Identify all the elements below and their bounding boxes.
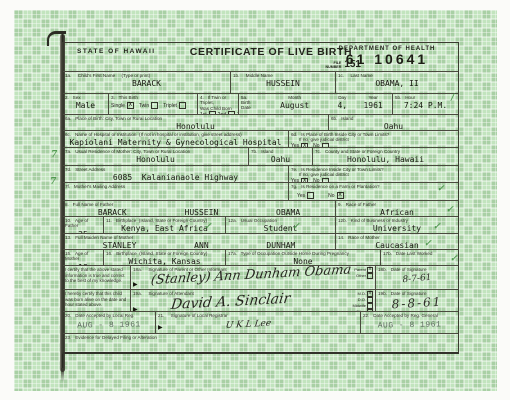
checkbox-7e-yes: YesX (291, 178, 308, 182)
row-mother-details: 15. Age of Mother 18 16. Birthplace (Isl… (63, 249, 458, 265)
father-industry-pen-mark: ✓ (433, 222, 441, 232)
date-last-worked-pen-mark: ✓ (450, 254, 458, 264)
checkbox-1st: 1st (200, 111, 216, 114)
child-middle-name-value: HUSSEIN (233, 79, 333, 88)
yes-checkbox-7e: X (301, 178, 308, 182)
checkbox-2nd: 2nd (218, 111, 235, 114)
field-mother-birthplace: 16. Birthplace (Island, State or Foreign… (103, 250, 225, 265)
registrar-signature-value: U K L Lee (225, 319, 272, 331)
field-child-middle-name: 1b. Middle Name HUSSEIN (230, 72, 335, 93)
row-delayed-filing: 23. Evidence for Delayed Filing or Alter… (63, 333, 458, 354)
field-mother-race: 14. Race of Mother Caucasian (335, 234, 458, 249)
book-spine-shadow-tail (61, 368, 64, 382)
form-header: STATE OF HAWAII CERTIFICATE OF LIVE BIRT… (63, 43, 458, 71)
triplet-checkbox (179, 102, 186, 109)
hospital-value: Kapiolani Maternity & Gynecological Hosp… (65, 138, 286, 147)
father-birthplace-pen-mark: ✓ (204, 222, 212, 232)
signature-arrow-icon: ▶ (133, 306, 138, 311)
twin-checkbox (151, 102, 158, 109)
field-mother-age: 15. Age of Mother 18 (63, 250, 103, 265)
attendant-signature-date-value: 8-8-61 (378, 294, 457, 311)
field-attendant-signature-date: 19b. Date of Signature 8-8-61 (375, 290, 458, 311)
row-street-address: 7d. Street Address 6085 Kalanianaole Hig… (63, 165, 458, 182)
father-age-value: 25 (65, 230, 101, 233)
field-mother-occupation: 17a. Type of Occupation Outside Home Dur… (225, 250, 380, 265)
field-inside-city-limits-7e: 7e. Is Residence Inside City or Town Lim… (288, 166, 458, 182)
field-mailing-address: 7f. Mother's Mailing Address (63, 183, 288, 200)
registrar-general-date-stamp: AUG - 8 1961 (363, 321, 456, 332)
birth-year: Year 1961 (356, 95, 390, 111)
island-7b-value: Oahu (251, 155, 310, 164)
field-island-7b: 7b. Island Oahu (248, 148, 312, 165)
state-of-hawaii-label: STATE OF HAWAII (77, 48, 156, 55)
row-mother-residence: 7a. Usual Residence of Mother: City, Tow… (63, 147, 458, 165)
checkbox-6d-yes: YesX (291, 143, 308, 147)
birth-month: Month August (261, 95, 329, 111)
field-date-last-worked: 17b. Date Last Worked (380, 250, 458, 265)
field-father-name: 8. Full Name of Father BARACK HUSSEIN OB… (63, 201, 335, 216)
field-father-race: 9. Race of Father African (335, 201, 458, 216)
row-child-name: 1a. Child's First Name (Type or print) B… (63, 71, 458, 93)
checkbox-7e-no: No (313, 178, 328, 182)
father-occupation-pen-mark: ✓ (292, 222, 300, 232)
checkbox-twin: Twin (139, 102, 158, 109)
mother-maiden-name-value: STANLEY ANN DUNHAM (65, 241, 333, 249)
field-hour: 5b. Hour 7:24 P.M. (392, 94, 458, 114)
field-sex: 2. Sex Male (63, 94, 108, 114)
local-registrar-date-stamp: AUG - 8 1961 (65, 321, 153, 332)
sex-value: Male (65, 101, 106, 110)
field-child-first-name: 1a. Child's First Name (Type or print) B… (63, 72, 230, 93)
yes-checkbox-6d: X (301, 143, 308, 147)
child-first-name-value: BARACK (65, 79, 228, 88)
row-mother-name: 13. Full Maiden Name of Mother STANLEY A… (63, 233, 458, 249)
street-address-value: 6085 Kalanianaole Highway (65, 173, 286, 182)
mother-birthplace-value: Wichita, Kansas (106, 257, 223, 265)
hour-pen-mark: / (451, 93, 454, 103)
yes-checkbox-7g (307, 192, 314, 199)
certificate-form: STATE OF HAWAII CERTIFICATE OF LIVE BIRT… (62, 42, 459, 354)
single-checkbox: X (127, 102, 134, 109)
field-street-address: 7d. Street Address 6085 Kalanianaole Hig… (63, 166, 288, 182)
mother-residence-value: Honolulu (65, 155, 246, 164)
checkbox-other-attendant: Other (352, 309, 373, 311)
field-island-6b: 6b. Island Oahu (328, 115, 458, 130)
checkbox-7g-yes: Yes (297, 192, 314, 199)
margin-pen-mark-7b: 7 (50, 177, 56, 187)
child-last-name-value: OBAMA, II (338, 79, 456, 88)
certify-statement-attendant: I hereby certify that this child was bor… (63, 290, 130, 311)
checkbox-single: SingleX (111, 102, 134, 109)
field-hospital: 6c. Name of Hospital or Institution (If … (63, 131, 288, 147)
checkbox-7g-no: NoX (328, 192, 343, 199)
row-father-details: 10. Age of Father 25 11. Birthplace (Isl… (63, 216, 458, 233)
birth-year-value: 1961 (356, 101, 390, 110)
mother-race-pen-mark: ✓ (424, 239, 432, 249)
checkbox-6d-no: No (313, 143, 328, 147)
other-attendant-checkbox (367, 309, 373, 311)
no-checkbox-7e (322, 178, 329, 182)
field-county-state: 7c. County and State or Foreign Country … (312, 148, 458, 165)
field-birth-date: 5a. Birth Date Month August Day 4, Year … (238, 94, 392, 114)
field-delayed-filing-evidence: 23. Evidence for Delayed Filing or Alter… (63, 334, 458, 354)
place-of-birth-value: Honolulu (65, 122, 326, 130)
row-sex-birthdate: 2. Sex Male 3. This Birth SingleX Twin T… (63, 93, 458, 114)
island-6b-value: Oahu (331, 122, 456, 130)
father-name-value: BARACK HUSSEIN OBAMA (65, 208, 333, 216)
first-checkbox (209, 111, 216, 114)
certificate-number: 61 10641 (322, 52, 452, 66)
certify-statement-parent: I certify that the above stated informat… (63, 266, 130, 289)
scanned-birth-certificate-page: { "header": { "state": "STATE OF HAWAII"… (0, 0, 510, 400)
field-registrar-signature: 21. Signature of Local Registrar ▶ U K L… (155, 312, 360, 333)
field-date-accepted-general: 22. Date Accepted by Reg. General AUG - … (360, 312, 458, 333)
field-date-accepted-local: 20. Date Accepted by Local Reg. AUG - 8 … (63, 312, 155, 333)
field-father-age: 10. Age of Father 25 (63, 217, 103, 233)
father-race-value: African (338, 208, 456, 216)
margin-pen-mark-7a: 7 (51, 150, 57, 160)
field-place-of-birth: 6a. Place of Birth: City, Town or Rural … (63, 115, 328, 130)
checkbox-triplet: Triplet (163, 102, 186, 109)
row-hospital: 6c. Name of Hospital or Institution (If … (63, 130, 458, 147)
signature-arrow-icon: ▶ (133, 281, 138, 288)
field-farm-or-plantation: 7g. Is Residence on a Farm or Plantation… (288, 183, 458, 200)
field-inside-city-limits-6d: 6d. Is Place of Birth Inside City or Tow… (288, 131, 458, 147)
field-parent-signature: 18a. Signature of Parent or Other Inform… (130, 266, 375, 289)
other-informant-checkbox (367, 273, 373, 279)
hour-value: 7:24 P.M. (395, 101, 456, 110)
farm-check-pen-mark: ✓ (437, 184, 445, 194)
no-checkbox-6d (322, 143, 329, 147)
field-parent-signature-date: 18b. Date of Signature 8-7-61 (375, 266, 458, 289)
field-mother-residence: 7a. Usual Residence of Mother: City, Tow… (63, 148, 248, 165)
mother-occupation-value: None (228, 257, 378, 265)
father-occupation-value: Student (228, 224, 333, 233)
mother-race-value: Caucasian (338, 241, 456, 249)
county-state-value: Honolulu, Hawaii (315, 155, 456, 164)
father-race-pen-mark: ✓ (446, 205, 454, 215)
row-attendant-signature: I hereby certify that this child was bor… (63, 289, 458, 311)
field-this-birth: 3. This Birth SingleX Twin Triplet (108, 94, 197, 114)
field-mother-maiden-name: 13. Full Maiden Name of Mother STANLEY A… (63, 234, 335, 249)
field-child-last-name: 1c. Last Name OBAMA, II (335, 72, 458, 93)
birth-day: Day 4, (328, 95, 356, 111)
parent-signature-date-value: 8-7-61 (378, 271, 457, 288)
department-block: DEPARTMENT OF HEALTH 61 10641 (322, 46, 452, 66)
row-place-of-birth: 6a. Place of Birth: City, Town or Rural … (63, 114, 458, 130)
birth-month-value: August (261, 101, 329, 110)
birth-day-value: 4, (328, 101, 356, 110)
second-checkbox (228, 111, 235, 114)
no-checkbox-7g: X (337, 192, 344, 199)
field-father-occupation: 12a. Usual Occupation Student (225, 217, 335, 233)
row-parent-signature: I certify that the above stated informat… (63, 265, 458, 289)
field-attendant-signature: 19a. Signature of Attendant ▶ David A. S… (130, 290, 375, 311)
checkbox-other-informant: Other (354, 273, 373, 279)
field-twin-order: 4. If Twin or Triplet, Was Child Born 1s… (197, 94, 238, 114)
row-mailing-address: 7f. Mother's Mailing Address 7g. Is Resi… (63, 182, 458, 200)
row-father-name: 8. Full Name of Father BARACK HUSSEIN OB… (63, 200, 458, 216)
mother-age-value: 18 (65, 263, 101, 265)
signature-arrow-icon: ▶ (158, 324, 163, 331)
row-registrar: 20. Date Accepted by Local Reg. AUG - 8 … (63, 311, 458, 333)
